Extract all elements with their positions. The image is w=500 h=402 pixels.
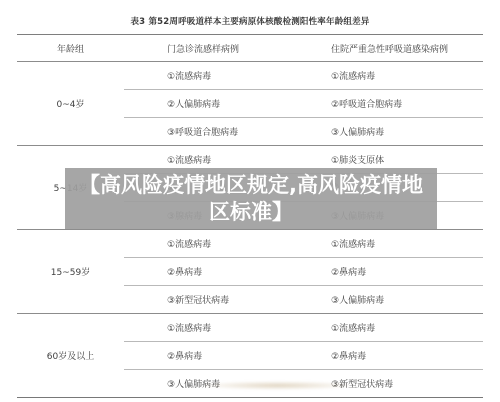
inpatient-cell: ①流感病毒 <box>286 69 483 82</box>
age-group-label: 0~4岁 <box>17 62 124 145</box>
header-age-group: 年龄组 <box>17 42 124 55</box>
table-row: ②鼻病毒 ②鼻病毒 <box>124 258 483 286</box>
table-row: ③呼吸道合胞病毒 ③人偏肺病毒 <box>124 118 483 145</box>
table-row: ①流感病毒 ①流感病毒 <box>124 230 483 258</box>
caption-overlay-line2: 区标准】 <box>209 199 293 226</box>
inpatient-cell: ①流感病毒 <box>286 237 483 250</box>
age-group-label: 60岁及以上 <box>17 314 124 397</box>
table-row: ①流感病毒 ①流感病毒 <box>124 314 483 342</box>
outpatient-cell: ②鼻病毒 <box>124 265 286 278</box>
outpatient-cell: ①流感病毒 <box>124 321 286 334</box>
table-row: ②人偏肺病毒 ②呼吸道合胞病毒 <box>124 90 483 118</box>
inpatient-cell: ②呼吸道合胞病毒 <box>286 97 483 110</box>
inpatient-cell: ②鼻病毒 <box>286 265 483 278</box>
outpatient-cell: ③新型冠状病毒 <box>124 293 286 306</box>
outpatient-cell: ②人偏肺病毒 <box>124 97 286 110</box>
outpatient-cell: ③呼吸道合胞病毒 <box>124 125 286 138</box>
inpatient-cell: ①流感病毒 <box>286 321 483 334</box>
outpatient-cell: ①流感病毒 <box>124 69 286 82</box>
outpatient-cell: ②鼻病毒 <box>124 349 286 362</box>
header-outpatient-ili-cases: 门急诊流感样病例 <box>124 42 286 55</box>
table-header-row: 年龄组 门急诊流感样病例 住院严重急性呼吸道感染病例 <box>17 35 483 62</box>
inpatient-cell: ③人偏肺病毒 <box>286 125 483 138</box>
age-group-0-4: 0~4岁 ①流感病毒 ①流感病毒 ②人偏肺病毒 ②呼吸道合胞病毒 ③呼吸道合胞病… <box>17 62 483 146</box>
table-row: ①流感病毒 ①流感病毒 <box>124 62 483 90</box>
outpatient-cell: ①流感病毒 <box>124 153 286 166</box>
inpatient-cell: ③人偏肺病毒 <box>286 293 483 306</box>
table-row: ③新型冠状病毒 ③人偏肺病毒 <box>124 286 483 313</box>
table-title: 表3 第52周呼吸道样本主要病原体核酸检测阳性率年龄组差异 <box>0 15 500 27</box>
header-inpatient-sari-cases: 住院严重急性呼吸道感染病例 <box>286 42 483 55</box>
table-row: ②鼻病毒 ②鼻病毒 <box>124 342 483 370</box>
inpatient-cell: ②鼻病毒 <box>286 349 483 362</box>
age-group-15-59: 15~59岁 ①流感病毒 ①流感病毒 ②鼻病毒 ②鼻病毒 ③新型冠状病毒 ③人偏… <box>17 230 483 314</box>
inpatient-cell: ①肺炎支原体 <box>286 153 483 166</box>
caption-overlay-line1: 【高风险疫情地区规定,高风险疫情地 <box>79 172 423 199</box>
outpatient-cell: ①流感病毒 <box>124 237 286 250</box>
faint-watermark-smudge <box>200 381 355 390</box>
age-group-label: 15~59岁 <box>17 230 124 313</box>
caption-overlay: 【高风险疫情地区规定,高风险疫情地 区标准】 <box>65 168 437 229</box>
